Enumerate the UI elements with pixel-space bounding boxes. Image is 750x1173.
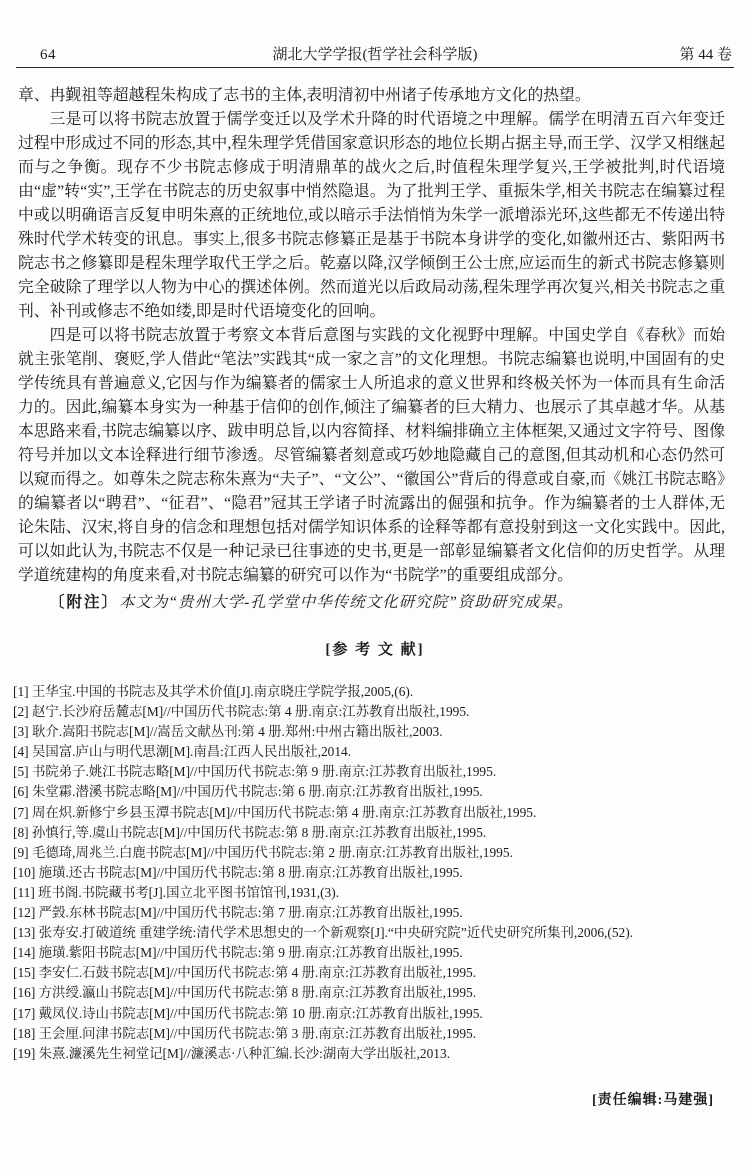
reference-item: [6] 朱堂霦.潜溪书院志略[M]//中国历代书院志:第 6 册.南京:江苏教育… <box>13 782 728 802</box>
reference-item: [9] 毛德琦,周兆兰.白鹿书院志[M]//中国历代书院志:第 2 册.南京:江… <box>13 843 728 863</box>
article-body: 章、冉觐祖等超越程朱构成了志书的主体,表明清初中州诸子传承地方文化的热望。 三是… <box>18 84 725 616</box>
paragraph-point-four: 四是可以将书院志放置于考察文本背后意图与实践的文化视野中理解。中国史学自《春秋》… <box>18 324 725 588</box>
reference-item: [15] 李安仁.石鼓书院志[M]//中国历代书院志:第 4 册.南京:江苏教育… <box>13 963 728 983</box>
journal-title: 湖北大学学报(哲学社会科学版) <box>16 43 734 64</box>
reference-item: [16] 方洪绶.瀛山书院志[M]//中国历代书院志:第 8 册.南京:江苏教育… <box>13 983 728 1003</box>
reference-item: [2] 赵宁.长沙府岳麓志[M]//中国历代书院志:第 4 册.南京:江苏教育出… <box>13 702 728 722</box>
references-list: [1] 王华宝.中国的书院志及其学术价值[J].南京晓庄学院学报,2005,(6… <box>13 682 728 1064</box>
reference-item: [5] 书院弟子.姚江书院志略[M]//中国历代书院志:第 9 册.南京:江苏教… <box>13 762 728 782</box>
references-heading: [参 考 文 献] <box>0 638 750 659</box>
responsible-editor: [责任编辑:马建强] <box>592 1089 714 1109</box>
reference-item: [8] 孙慎行,等.虞山书院志[M]//中国历代书院志:第 8 册.南京:江苏教… <box>13 823 728 843</box>
reference-item: [14] 施璜.紫阳书院志[M]//中国历代书院志:第 9 册.南京:江苏教育出… <box>13 943 728 963</box>
reference-item: [1] 王华宝.中国的书院志及其学术价值[J].南京晓庄学院学报,2005,(6… <box>13 682 728 702</box>
reference-item: [7] 周在炽.新修宁乡县玉潭书院志[M]//中国历代书院志:第 4 册.南京:… <box>13 803 728 823</box>
reference-item: [18] 王会厘.问津书院志[M]//中国历代书院志:第 3 册.南京:江苏教育… <box>13 1024 728 1044</box>
reference-item: [13] 张寿安.打破道统 重建学统:清代学术思想史的一个新观察[J].“中央研… <box>13 923 728 943</box>
reference-item: [3] 耿介.嵩阳书院志[M]//嵩岳文献丛刊:第 4 册.郑州:中州古籍出版社… <box>13 722 728 742</box>
reference-item: [17] 戴凤仪.诗山书院志[M]//中国历代书院志:第 10 册.南京:江苏教… <box>13 1004 728 1024</box>
funding-note-text: 本文为“贵州大学-孔学堂中华传统文化研究院”资助研究成果。 <box>119 594 573 611</box>
page-header: 64 湖北大学学报(哲学社会科学版) 第 44 卷 <box>16 40 734 68</box>
reference-item: [4] 吴国富.庐山与明代思潮[M].南昌:江西人民出版社,2014. <box>13 742 728 762</box>
funding-note-label: 〔附注〕 <box>49 594 119 611</box>
journal-page: 64 湖北大学学报(哲学社会科学版) 第 44 卷 章、冉觐祖等超越程朱构成了志… <box>0 0 750 1173</box>
reference-item: [11] 班书阁.书院藏书考[J].国立北平图书馆馆刊,1931,(3). <box>13 883 728 903</box>
paragraph-continuation: 章、冉觐祖等超越程朱构成了志书的主体,表明清初中州诸子传承地方文化的热望。 <box>18 84 725 108</box>
reference-item: [19] 朱熹.濂溪先生祠堂记[M]//濂溪志·八种汇编.长沙:湖南大学出版社,… <box>13 1044 728 1064</box>
reference-item: [12] 严瑴.东林书院志[M]//中国历代书院志:第 7 册.南京:江苏教育出… <box>13 903 728 923</box>
reference-item: [10] 施璜.还古书院志[M]//中国历代书院志:第 8 册.南京:江苏教育出… <box>13 863 728 883</box>
paragraph-point-three: 三是可以将书院志放置于儒学变迁以及学术升降的时代语境之中理解。儒学在明清五百六年… <box>18 108 725 324</box>
funding-note: 〔附注〕本文为“贵州大学-孔学堂中华传统文化研究院”资助研究成果。 <box>18 590 725 616</box>
